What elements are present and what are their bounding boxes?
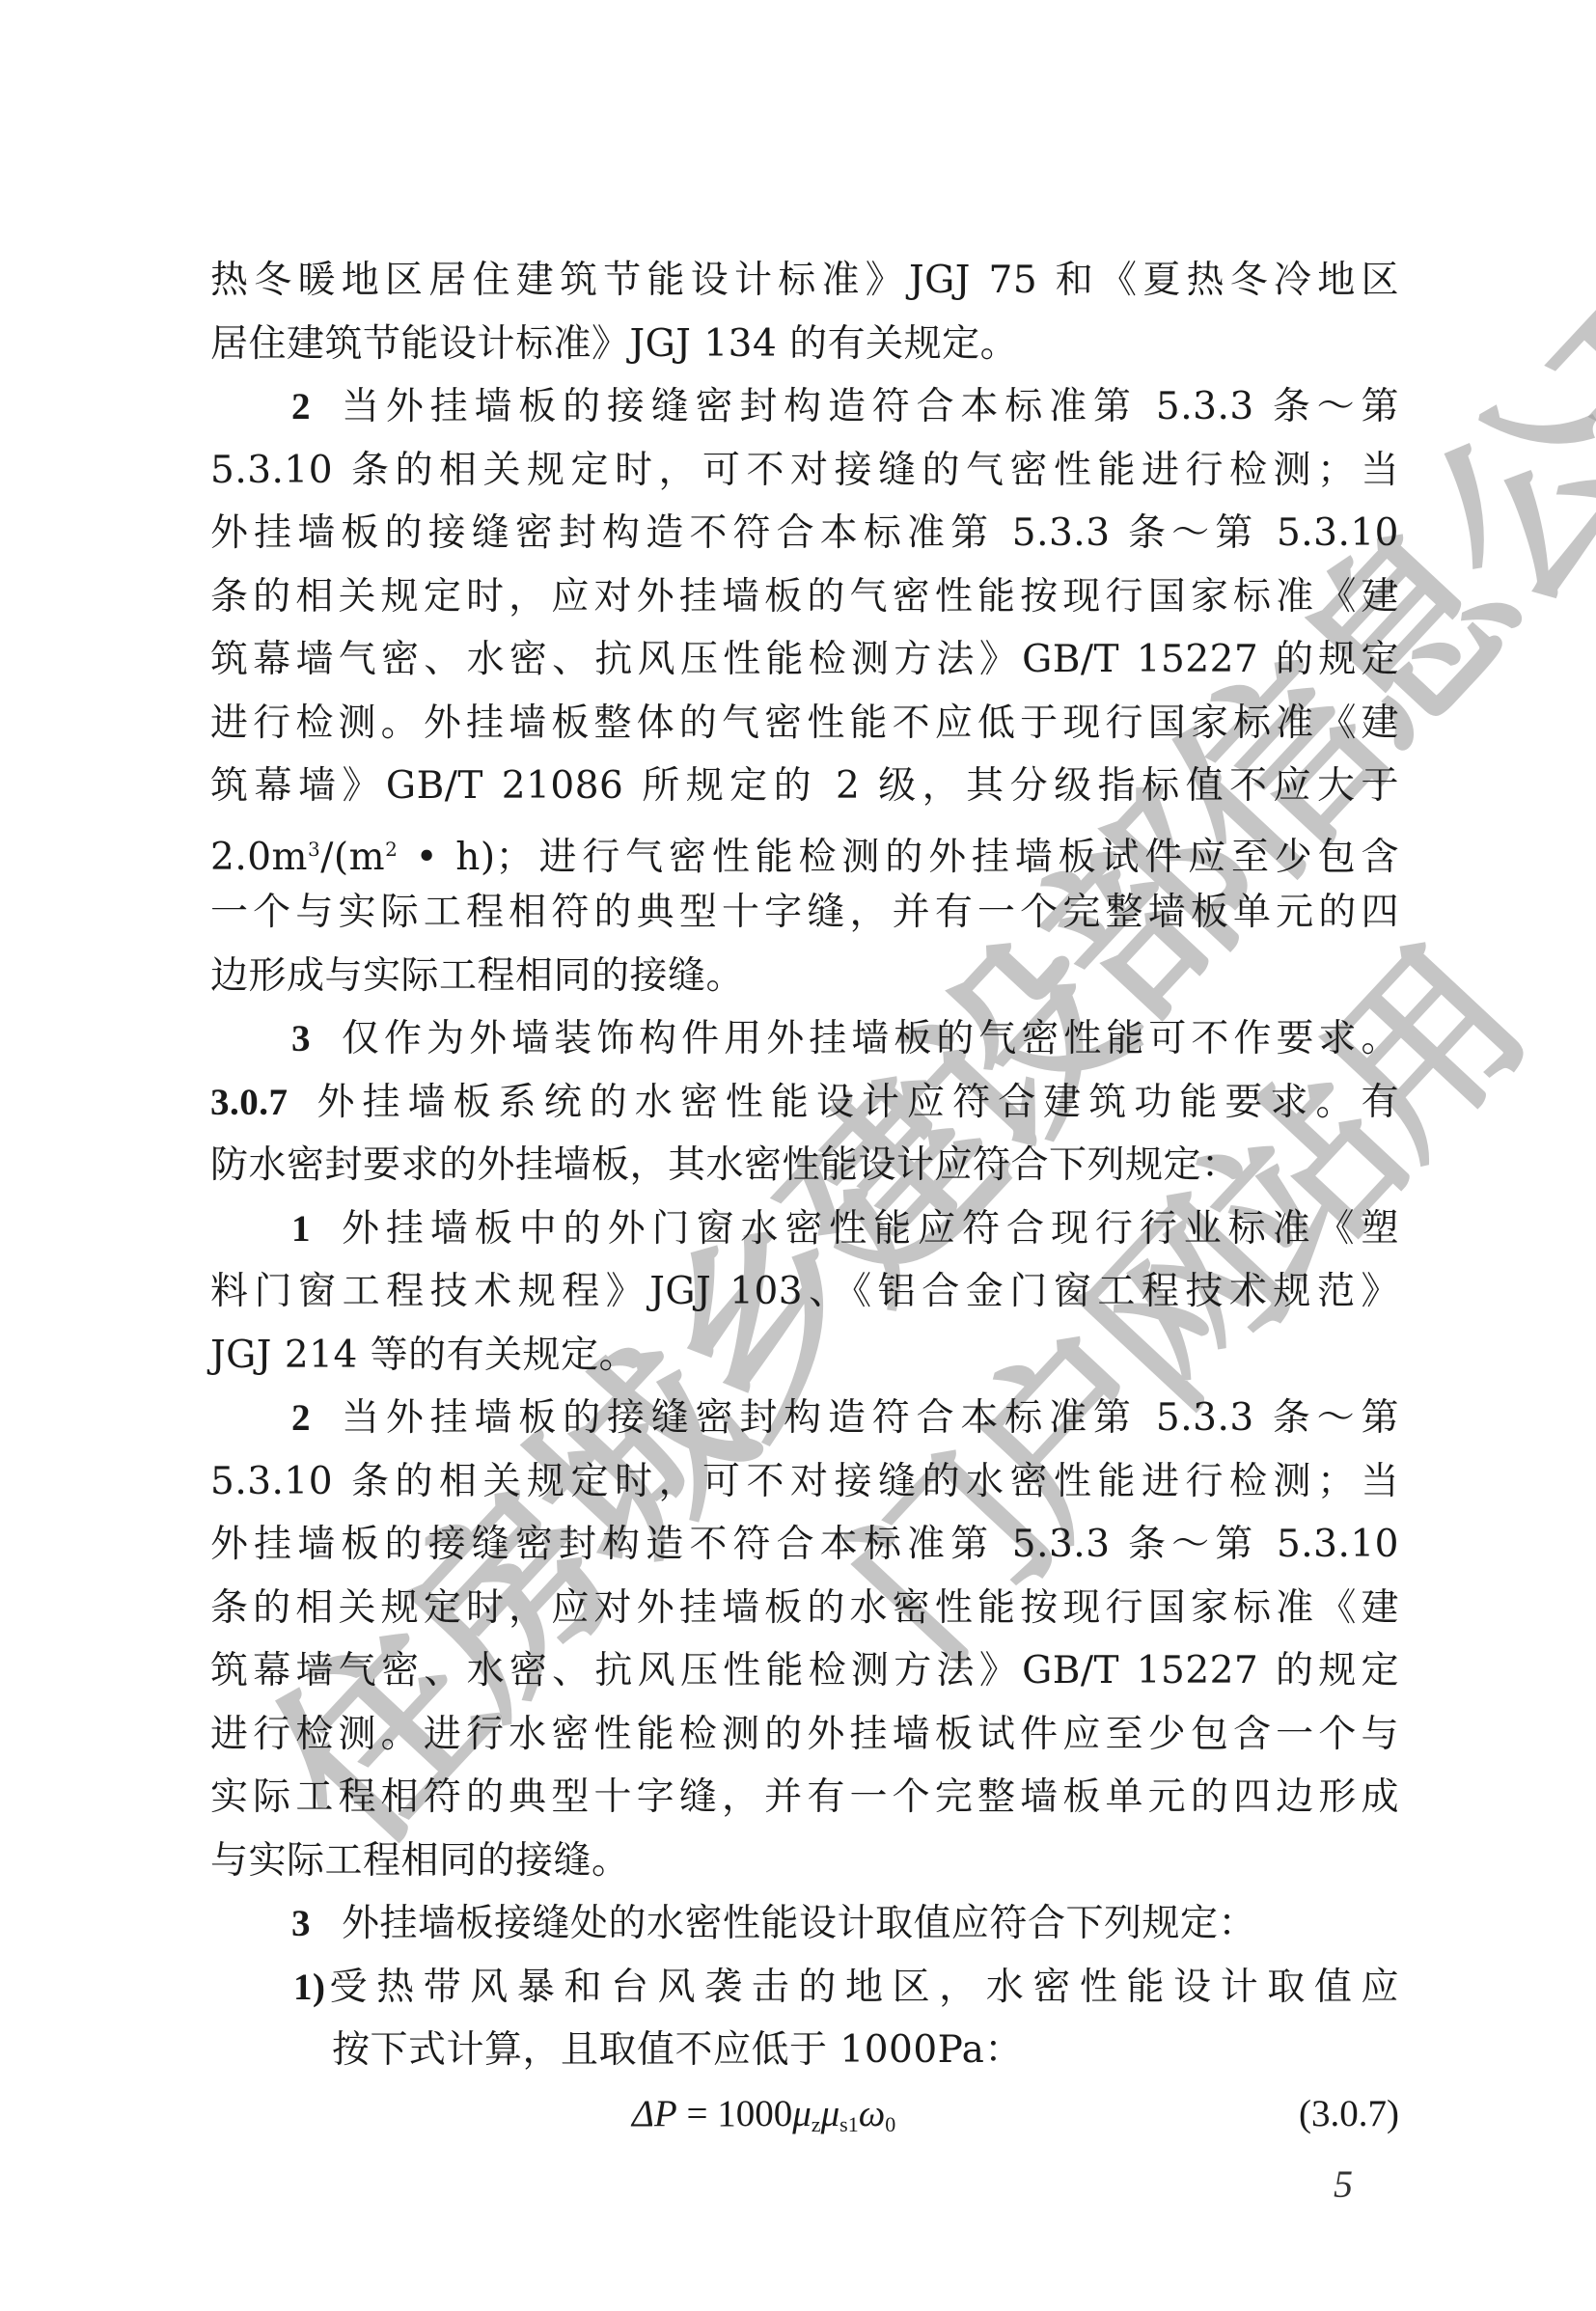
equation-number: (3.0.7) xyxy=(1299,2082,1399,2146)
text-line: 筑幕墙气密、水密、抗风压性能检测方法》GB/T 15227 的规定 xyxy=(210,1639,1399,1703)
text-line-unit: 2.0m3/(m2 • h)；进行气密性能检测的外挂墙板试件应至少包含 xyxy=(210,818,1399,882)
document-body: 热冬暖地区居住建筑节能设计标准》JGJ 75 和《夏热冬冷地区 居住建筑节能设计… xyxy=(210,249,1399,2145)
text-line: 5.3.10 条的相关规定时，可不对接缝的水密性能进行检测；当 xyxy=(210,1450,1399,1514)
text-line: 边形成与实际工程相同的接缝。 xyxy=(210,945,1399,1008)
text-line: 热冬暖地区居住建筑节能设计标准》JGJ 75 和《夏热冬冷地区 xyxy=(210,249,1399,313)
item-number: 3 xyxy=(291,1892,311,1956)
sub-item-number: 1) xyxy=(293,1956,326,2020)
item-number: 2 xyxy=(291,375,311,439)
text-line: 筑幕墙》GB/T 21086 所规定的 2 级，其分级指标值不应大于 xyxy=(210,755,1399,818)
text-line: 条的相关规定时，应对外挂墙板的气密性能按现行国家标准《建 xyxy=(210,565,1399,629)
item-number: 3 xyxy=(291,1007,311,1071)
item-number: 1 xyxy=(291,1197,311,1261)
list-item-3-water: 3 外挂墙板接缝处的水密性能设计取值应符合下列规定： xyxy=(210,1892,1399,1956)
text-line: 与实际工程相同的接缝。 xyxy=(210,1830,1399,1893)
text-line: 外挂墙板的接缝密封构造不符合本标准第 5.3.3 条～第 5.3.10 xyxy=(210,502,1399,565)
list-item-3-air: 3 仅作为外墙装饰构件用外挂墙板的气密性能可不作要求。 xyxy=(210,1007,1399,1071)
sub-item-1: 1) 受热带风暴和台风袭击的地区，水密性能设计取值应 xyxy=(210,1956,1399,2020)
text-line: 料门窗工程技术规程》JGJ 103、《铝合金门窗工程技术规范》 xyxy=(210,1260,1399,1324)
text-line: 5.3.10 条的相关规定时，可不对接缝的气密性能进行检测；当 xyxy=(210,439,1399,503)
page-number: 5 xyxy=(1334,2161,1353,2207)
formula: ΔP = 1000μzμs1ω0 xyxy=(632,2082,895,2157)
clause-number: 3.0.7 xyxy=(210,1071,289,1135)
text-line: 条的相关规定时，应对外挂墙板的水密性能按现行国家标准《建 xyxy=(210,1577,1399,1640)
text-line: 外挂墙板的接缝密封构造不符合本标准第 5.3.3 条～第 5.3.10 xyxy=(210,1513,1399,1577)
text-line: 一个与实际工程相符的典型十字缝，并有一个完整墙板单元的四 xyxy=(210,881,1399,945)
item-number: 2 xyxy=(291,1387,311,1450)
text-line: 按下式计算，且取值不应低于 1000Pa： xyxy=(210,2019,1399,2082)
formula-row: ΔP = 1000μzμs1ω0 (3.0.7) xyxy=(210,2082,1399,2146)
list-item-2-water: 2 当外挂墙板的接缝密封构造符合本标准第 5.3.3 条～第 xyxy=(210,1387,1399,1450)
clause-3-0-7: 3.0.7 外挂墙板系统的水密性能设计应符合建筑功能要求。有 xyxy=(210,1071,1399,1135)
text-line: 进行检测。外挂墙板整体的气密性能不应低于现行国家标准《建 xyxy=(210,692,1399,756)
text-line: 居住建筑节能设计标准》JGJ 134 的有关规定。 xyxy=(210,313,1399,376)
text-line: JGJ 214 等的有关规定。 xyxy=(210,1324,1399,1388)
list-item-2-air: 2 当外挂墙板的接缝密封构造符合本标准第 5.3.3 条～第 xyxy=(210,375,1399,439)
list-item-1-water: 1 外挂墙板中的外门窗水密性能应符合现行行业标准《塑 xyxy=(210,1197,1399,1261)
text-line: 防水密封要求的外挂墙板，其水密性能设计应符合下列规定： xyxy=(210,1134,1399,1197)
text-line: 进行检测。进行水密性能检测的外挂墙板试件应至少包含一个与 xyxy=(210,1703,1399,1767)
text-line: 筑幕墙气密、水密、抗风压性能检测方法》GB/T 15227 的规定 xyxy=(210,628,1399,692)
text-line: 实际工程相符的典型十字缝，并有一个完整墙板单元的四边形成 xyxy=(210,1766,1399,1830)
